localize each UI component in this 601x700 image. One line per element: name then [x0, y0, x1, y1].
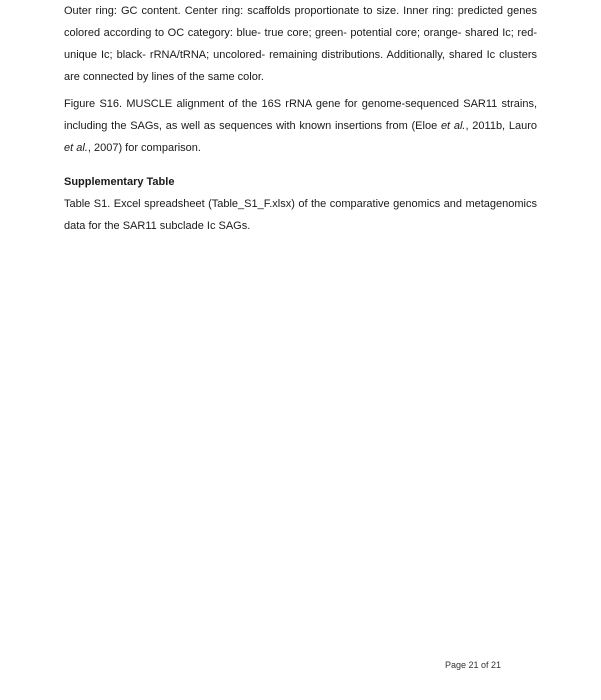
page-content: Outer ring: GC content. Center ring: sca… — [64, 0, 537, 237]
figure-s15-caption-continued: Outer ring: GC content. Center ring: sca… — [64, 0, 537, 88]
caption-text-part2: , 2011b, Lauro — [465, 120, 537, 132]
et-al-italic: et al. — [441, 120, 466, 132]
caption-text-part3: , 2007) for comparison. — [88, 142, 201, 154]
figure-s16-caption: Figure S16. MUSCLE alignment of the 16S … — [64, 93, 537, 159]
table-s1-description: Table S1. Excel spreadsheet (Table_S1_F.… — [64, 193, 537, 237]
et-al-italic: et al. — [64, 142, 88, 154]
page-number: Page 21 of 21 — [445, 659, 501, 671]
section-heading-supplementary-table: Supplementary Table — [64, 171, 537, 193]
